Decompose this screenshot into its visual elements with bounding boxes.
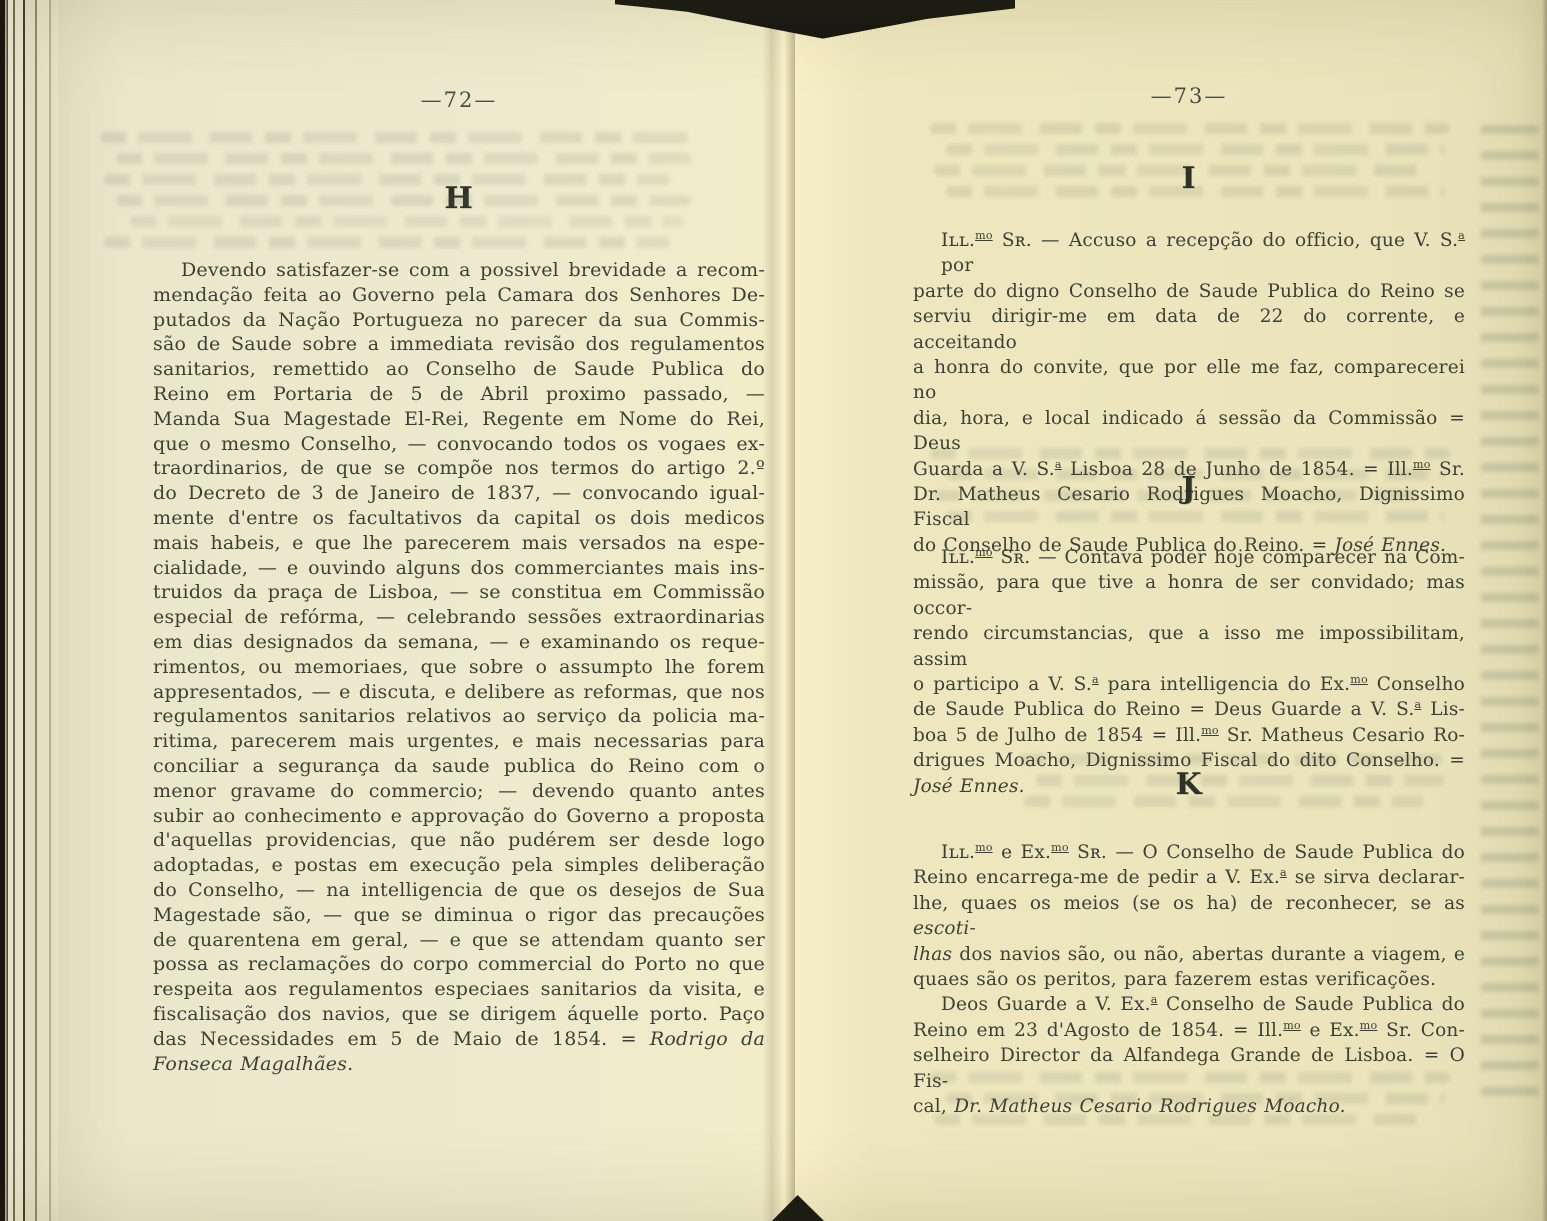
bleedthrough-margin-column [1481, 125, 1539, 1105]
text-line: parte do digno Conselho de Saude Publica… [913, 279, 1465, 304]
paragraph-j: Iʟʟ.mo Sʀ. — Contava poder hoje comparec… [913, 545, 1465, 799]
text-line: mais habeis, e que lhe parecerem mais ve… [153, 531, 765, 556]
page-number-right: —73— [913, 84, 1465, 108]
text-line: a honra do convite, que por elle me faz,… [913, 355, 1465, 406]
book-spread: —72— H Devendo satisfazer-se com a possi… [0, 0, 1547, 1221]
binding-page-edges [0, 0, 58, 1221]
text-line: Iʟʟ.mo e Ex.mo Sʀ. — O Conselho de Saude… [913, 840, 1465, 865]
text-line: Deos Guarde a V. Ex.a Conselho de Saude … [913, 992, 1465, 1017]
page-right: —73— I Iʟʟ.mo Sʀ. — Accuso a recepção do… [795, 0, 1547, 1221]
text-line: em dias designados da semana, — e examin… [153, 630, 765, 655]
section-letter-h: H [153, 180, 765, 218]
page-number-left: —72— [153, 88, 765, 112]
text-line: que o mesmo Conselho, — convocando todos… [153, 432, 765, 457]
text-line: dia, hora, e local indicado á sessão da … [913, 406, 1465, 457]
text-line: o participo a V. S.a para intelligencia … [913, 672, 1465, 697]
text-line: Iʟʟ.mo Sʀ. — Accuso a recepção do offici… [913, 228, 1465, 279]
text-line: de Saude Publica do Reino = Deus Guarde … [913, 697, 1465, 722]
text-line: menor gravame do commercio; — devendo qu… [153, 779, 765, 804]
text-line: rimentos, ou memoriaes, que sobre o assu… [153, 655, 765, 680]
paragraph-k-2: Deos Guarde a V. Ex.a Conselho de Saude … [913, 992, 1465, 1119]
text-line: fiscalisação dos navios, que se dirigem … [153, 1002, 765, 1027]
text-line: Reino em 23 d'Agosto de 1854. = Ill.mo e… [913, 1018, 1465, 1043]
text-line: Manda Sua Magestade El-Rei, Regente em N… [153, 407, 765, 432]
text-line: appresentados, — e discuta, e delibere a… [153, 680, 765, 705]
text-line: truidos da praça de Lisboa, — se constit… [153, 580, 765, 605]
text-line: das Necessidades em 5 de Maio de 1854. =… [153, 1027, 765, 1052]
text-line: boa 5 de Julho de 1854 = Ill.mo Sr. Math… [913, 723, 1465, 748]
text-line: traordinarios, de que se compõe nos term… [153, 456, 765, 481]
text-line: Devendo satisfazer-se com a possivel bre… [153, 258, 765, 283]
text-line: adoptadas, e postas em execução pela sim… [153, 853, 765, 878]
text-line: sanitarios, remettido ao Conselho de Sau… [153, 357, 765, 382]
text-line: Magestade são, — que se diminua o rigor … [153, 903, 765, 928]
text-line: putados da Nação Portugueza no parecer d… [153, 308, 765, 333]
section-letter-k: K [913, 766, 1465, 804]
text-line: conciliar a segurança da saude publica d… [153, 754, 765, 779]
paragraph-h: Devendo satisfazer-se com a possivel bre… [153, 258, 765, 1076]
section-k: K Iʟʟ.mo e Ex.mo Sʀ. — O Conselho de Sau… [913, 766, 1465, 1119]
section-letter-i: I [913, 160, 1465, 198]
text-line: lhas dos navios são, ou não, abertas dur… [913, 942, 1465, 967]
text-line: do Conselho, — na intelligencia de que o… [153, 878, 765, 903]
paragraph-k-1: Iʟʟ.mo e Ex.mo Sʀ. — O Conselho de Saude… [913, 840, 1465, 992]
text-line: ritima, parecerem mais urgentes, e mais … [153, 729, 765, 754]
text-line: quaes são os peritos, para fazerem estas… [913, 967, 1465, 992]
text-line: especial de refórma, — celebrando sessõe… [153, 605, 765, 630]
text-line: respeita aos regulamentos especiaes sani… [153, 977, 765, 1002]
text-line: do Decreto de 3 de Janeiro de 1837, — co… [153, 481, 765, 506]
text-line: possa as reclamações do corpo commercial… [153, 952, 765, 977]
text-line: Reino em Portaria de 5 de Abril proximo … [153, 382, 765, 407]
text-line: rendo circumstancias, que a isso me impo… [913, 621, 1465, 672]
text-line: missão, para que tive a honra de ser con… [913, 570, 1465, 621]
text-line: são de Saude sobre a immediata revisão d… [153, 332, 765, 357]
text-line: Reino encarrega-me de pedir a V. Ex.a se… [913, 865, 1465, 890]
text-line: de quarentena em geral, — e que se atten… [153, 928, 765, 953]
text-line: serviu dirigir-me em data de 22 do corre… [913, 304, 1465, 355]
text-line: cialidade, — e ouvindo alguns dos commer… [153, 556, 765, 581]
section-j: J Iʟʟ.mo Sʀ. — Contava poder hoje compar… [913, 470, 1465, 799]
text-line: regulamentos sanitarios relativos ao ser… [153, 704, 765, 729]
text-line: mente d'entre os facultativos da capital… [153, 506, 765, 531]
text-line: Fonseca Magalhães. [153, 1052, 765, 1077]
text-line: mendação feita ao Governo pela Camara do… [153, 283, 765, 308]
text-line: cal, Dr. Matheus Cesario Rodrigues Moach… [913, 1094, 1465, 1119]
text-line: Iʟʟ.mo Sʀ. — Contava poder hoje comparec… [913, 545, 1465, 570]
text-line: d'aquellas providencias, que não pudérem… [153, 828, 765, 853]
text-line: subir ao conhecimento e approvação do Go… [153, 804, 765, 829]
section-letter-j: J [913, 470, 1465, 508]
text-line: lhe, quaes os meios (se os ha) de reconh… [913, 891, 1465, 942]
page-right-edge [1542, 0, 1547, 1221]
page-left: —72— H Devendo satisfazer-se com a possi… [58, 0, 770, 1221]
text-line: selheiro Director da Alfandega Grande de… [913, 1043, 1465, 1094]
